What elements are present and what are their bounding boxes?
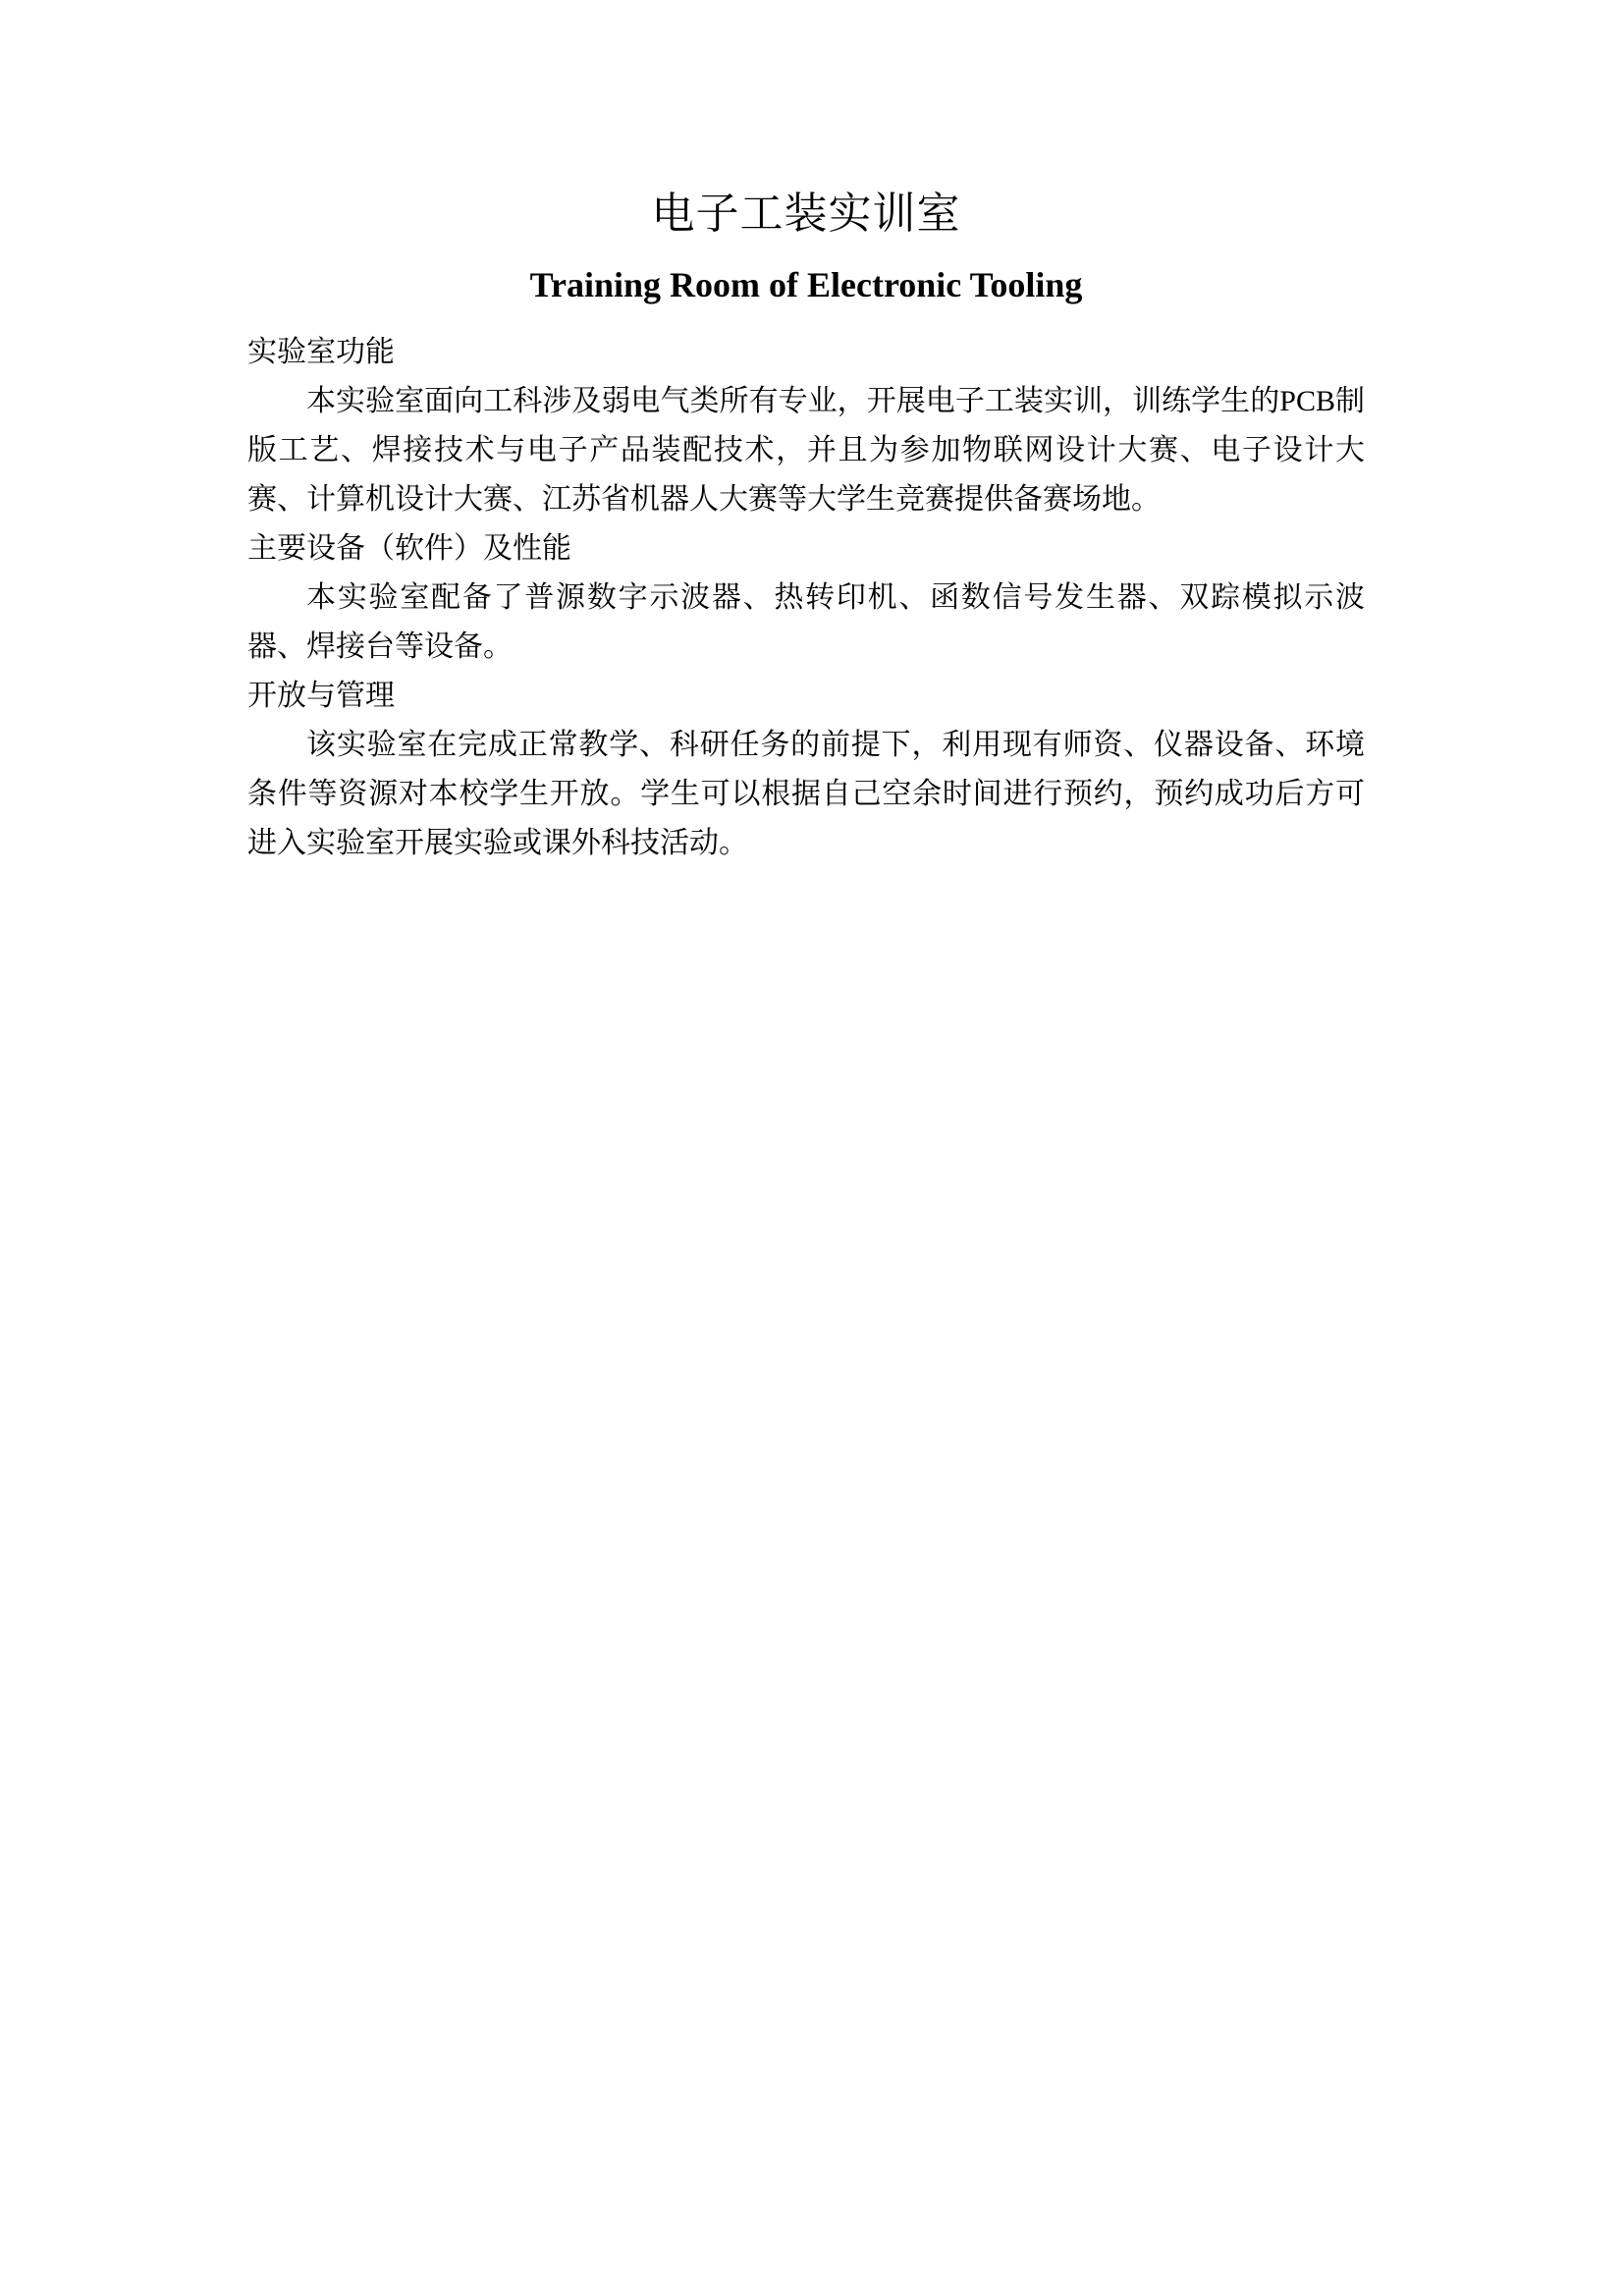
section-heading: 实验室功能: [247, 328, 1365, 377]
document-page: 电子工装实训室 Training Room of Electronic Tool…: [0, 0, 1623, 2296]
document-body: 实验室功能本实验室面向工科涉及弱电气类所有专业，开展电子工装实训，训练学生的PC…: [247, 328, 1365, 868]
document-section: 实验室功能本实验室面向工科涉及弱电气类所有专业，开展电子工装实训，训练学生的PC…: [247, 328, 1365, 524]
section-heading: 开放与管理: [247, 672, 1365, 721]
document-subtitle: Training Room of Electronic Tooling: [247, 263, 1365, 306]
document-title: 电子工装实训室: [247, 189, 1365, 240]
document-section: 开放与管理该实验室在完成正常教学、科研任务的前提下，利用现有师资、仪器设备、环境…: [247, 672, 1365, 868]
section-heading: 主要设备（软件）及性能: [247, 524, 1365, 574]
document-section: 主要设备（软件）及性能本实验室配备了普源数字示波器、热转印机、函数信号发生器、双…: [247, 524, 1365, 672]
section-paragraph: 该实验室在完成正常教学、科研任务的前提下，利用现有师资、仪器设备、环境条件等资源…: [247, 721, 1365, 868]
section-paragraph: 本实验室配备了普源数字示波器、热转印机、函数信号发生器、双踪模拟示波器、焊接台等…: [247, 574, 1365, 672]
section-paragraph: 本实验室面向工科涉及弱电气类所有专业，开展电子工装实训，训练学生的PCB制版工艺…: [247, 377, 1365, 524]
